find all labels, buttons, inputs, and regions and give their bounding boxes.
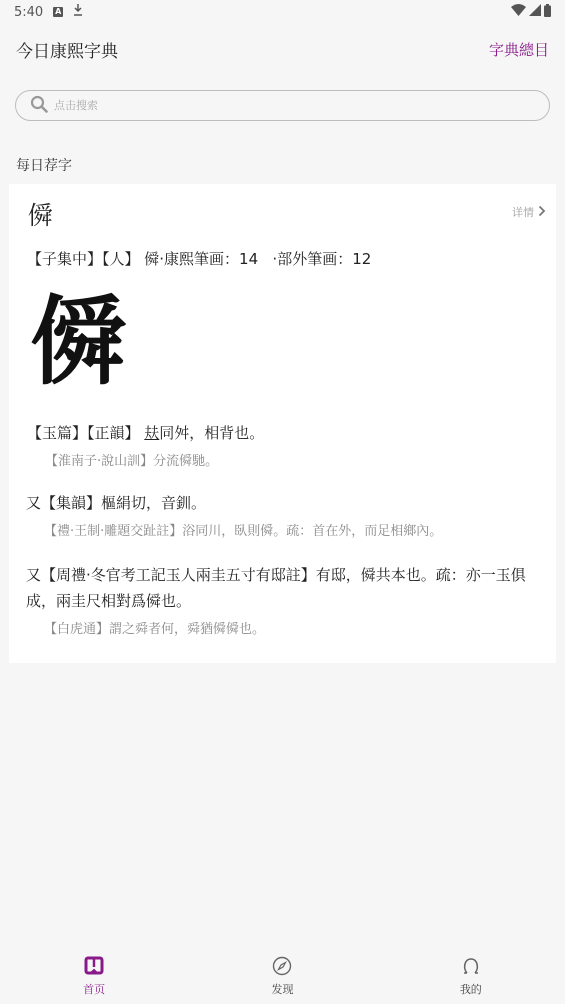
user-icon	[461, 956, 481, 979]
search-input[interactable]	[54, 99, 454, 112]
entry-main: 又【周禮·冬官考工記玉人兩圭五寸有邸註】有邸，僢共本也。疏：亦一玉俱成，兩圭尺相…	[26, 562, 542, 614]
daily-section-label: 每日荐字	[16, 155, 72, 175]
entry-quote: 【白虎通】謂之舜者何，舜猶僢僢也。	[44, 618, 542, 637]
entry-source: 【玉篇】【正韻】	[27, 424, 144, 442]
definition-entry: 【玉篇】【正韻】 㚘同舛，相背也。 【淮南子·說山訓】分流僢馳。	[27, 420, 542, 469]
tab-label: 发现	[271, 981, 293, 997]
dictionary-index-link[interactable]: 字典總目	[489, 39, 549, 60]
wifi-icon	[511, 4, 526, 20]
definition-entry: 又【周禮·冬官考工記玉人兩圭五寸有邸註】有邸，僢共本也。疏：亦一玉俱成，兩圭尺相…	[26, 562, 542, 637]
tab-profile[interactable]: 我的	[377, 948, 565, 1004]
tab-home[interactable]: 首页	[0, 948, 188, 1004]
detail-link[interactable]: 详情	[512, 204, 546, 220]
compass-icon	[272, 956, 292, 979]
a-notification-icon: A	[53, 7, 63, 17]
battery-icon	[544, 4, 551, 21]
chevron-right-icon	[538, 205, 546, 220]
entry-quote: 【禮·王制·雕題交趾註】浴同川，臥則僢。疏：首在外，而足相鄉內。	[44, 520, 542, 539]
daily-character: 僢	[28, 196, 53, 232]
app-header: 今日康熙字典 字典總目	[0, 30, 565, 68]
detail-label: 详情	[512, 204, 534, 220]
calligraphy-image: 僢	[31, 287, 141, 397]
app-title: 今日康熙字典	[16, 37, 118, 62]
download-icon	[73, 4, 83, 20]
tab-label: 我的	[460, 981, 482, 997]
book-icon	[84, 956, 104, 979]
daily-character-card: 僢 详情 【子集中】【人】 僢·康熙筆画：14 ·部外筆画：12 僢 【玉篇】【…	[9, 184, 556, 663]
tab-discover[interactable]: 发现	[188, 948, 376, 1004]
status-time: 5:40	[14, 5, 43, 20]
status-bar: 5:40 A	[0, 0, 565, 24]
entry-text: 同舛，相背也。	[159, 424, 264, 442]
bottom-tab-bar: 首页 发现 我的	[0, 948, 565, 1004]
variant-char-link[interactable]: 㚘	[144, 424, 159, 442]
search-icon	[30, 95, 48, 117]
entry-quote: 【淮南子·說山訓】分流僢馳。	[45, 450, 542, 469]
signal-icon	[529, 4, 541, 20]
entry-main: 又【集韻】樞絹切，音釧。	[26, 490, 542, 516]
search-bar[interactable]	[15, 90, 550, 121]
tab-label: 首页	[83, 981, 105, 997]
character-meta: 【子集中】【人】 僢·康熙筆画：14 ·部外筆画：12	[27, 248, 371, 269]
entry-main: 【玉篇】【正韻】 㚘同舛，相背也。	[27, 420, 542, 446]
definition-entry: 又【集韻】樞絹切，音釧。 【禮·王制·雕題交趾註】浴同川，臥則僢。疏：首在外，而…	[26, 490, 542, 539]
